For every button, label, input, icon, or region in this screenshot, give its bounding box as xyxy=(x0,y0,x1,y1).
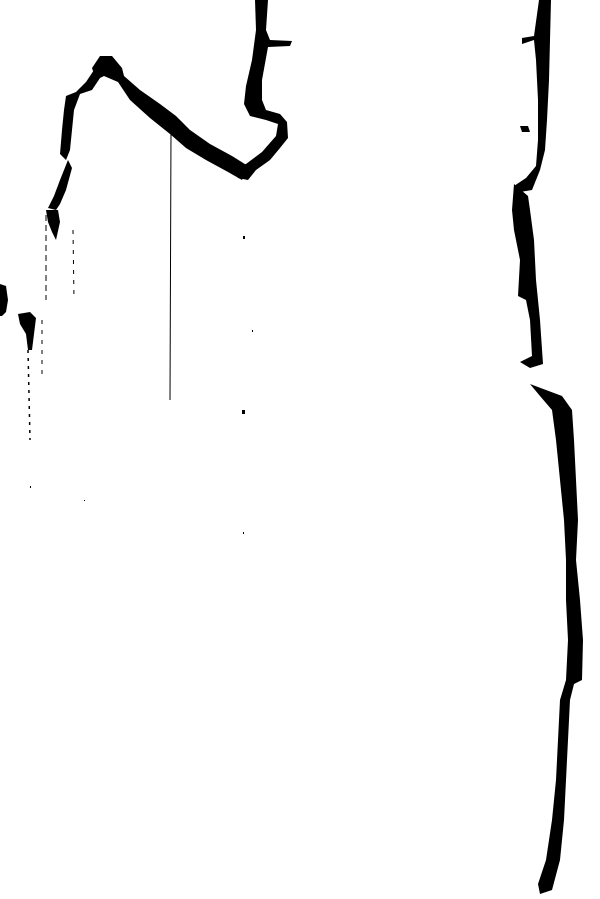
background xyxy=(0,0,600,899)
binary-mask-canvas xyxy=(0,0,600,899)
